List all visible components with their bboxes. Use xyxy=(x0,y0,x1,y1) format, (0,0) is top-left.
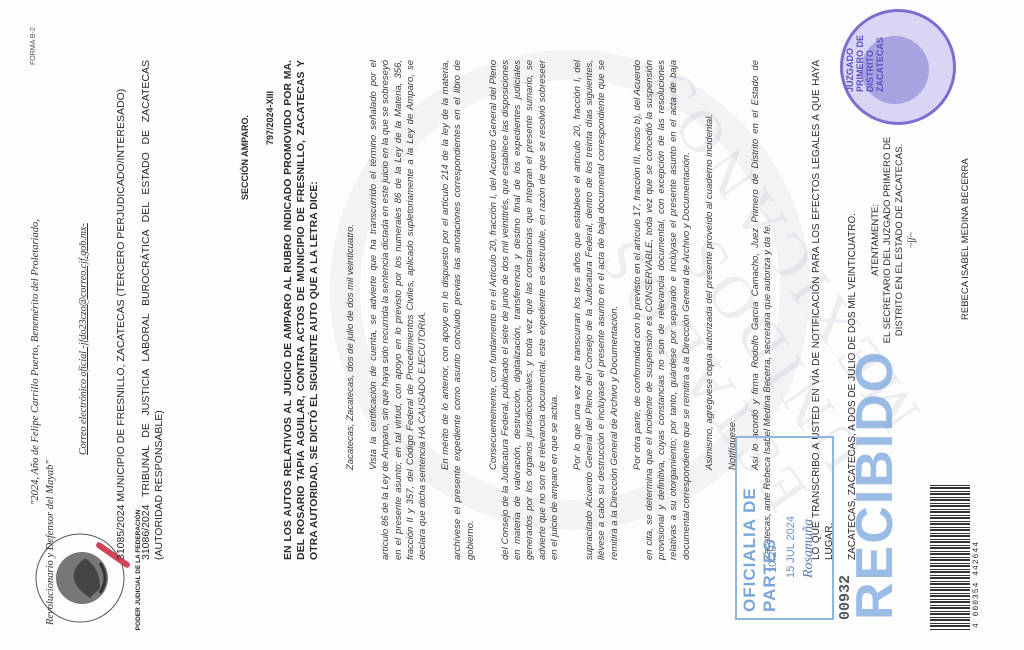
receipt-signature: Rosamuña xyxy=(801,519,817,578)
ruling-paragraph: En mérito de lo anterior, con apoyo en l… xyxy=(440,60,477,560)
document-page: ESTADOS UNIDOS MEXICANOS PODER JUDICIAL … xyxy=(0,0,1024,650)
receipt-stamp-title: OFICIALIA DE PARTES xyxy=(740,438,780,612)
receipt-time: 10:20 xyxy=(767,545,779,573)
court-seal-label: JUZGADO PRIMERO DE DISTRITO ZACATECAS xyxy=(845,12,885,92)
parties-list: 31085/2024 MUNICIPIO DE FRESNILLO, ZACAT… xyxy=(115,60,178,560)
barcode xyxy=(930,485,970,630)
signature-block: ATENTAMENTE: EL SECRETARIO DEL JUZGADO P… xyxy=(870,130,928,350)
form-code: FORMA B-2 xyxy=(30,27,37,65)
atentamente-label: ATENTAMENTE: xyxy=(870,130,882,350)
receipt-stamp: OFICIALIA DE PARTES 10:20 15 JUL 2024 Ro… xyxy=(735,436,834,620)
ruling-date: Zacatecas, Zacatecas, dos de julio de do… xyxy=(345,60,357,560)
recibido-stamp: RECIBIDO xyxy=(845,350,905,620)
official-email: Correo electrónico oficial -jfdo23czo@co… xyxy=(78,223,89,455)
ruling-paragraph: Asimismo, agréguese copia autorizada del… xyxy=(704,60,716,560)
ruling-paragraph: Por otra parte, de conformidad con lo pr… xyxy=(632,60,693,560)
section-title: SECCIÓN AMPARO. xyxy=(240,115,250,200)
barcode-number: 4 000354 442644 xyxy=(972,541,981,628)
ruling-body: Zacatecas, Zacatecas, dos de julio de do… xyxy=(345,60,786,560)
ruling-paragraph: Vista la certificación de cuenta, se adv… xyxy=(368,60,429,560)
motto: "2024, Año de Felipe Carrillo Puerto, Be… xyxy=(28,195,58,625)
party-item: 31085/2024 MUNICIPIO DE FRESNILLO, ZACAT… xyxy=(115,60,128,560)
party-item: 31086/2024 TRIBUNAL DE JUSTICIA LABORAL … xyxy=(140,60,166,560)
receipt-date: 15 JUL 2024 xyxy=(785,516,797,578)
ruling-paragraph: Consecuentemente, con fundamento en el A… xyxy=(488,60,561,560)
ruling-paragraph: Por lo que una vez que transcurran los t… xyxy=(572,60,621,560)
signatory-name: REBECA ISABEL MEDINA BECERRA xyxy=(960,158,971,320)
handwritten-signature: ~∫ʃ~ xyxy=(906,130,928,350)
intro-paragraph: EN LOS AUTOS RELATIVOS AL JUICIO DE AMPA… xyxy=(282,60,321,560)
signatory-title: EL SECRETARIO DEL JUZGADO PRIMERO DE DIS… xyxy=(882,130,906,350)
case-number: 797/2024-XIII xyxy=(265,91,275,145)
court-seal-stamp: JUZGADO PRIMERO DE DISTRITO ZACATECAS xyxy=(840,9,956,125)
